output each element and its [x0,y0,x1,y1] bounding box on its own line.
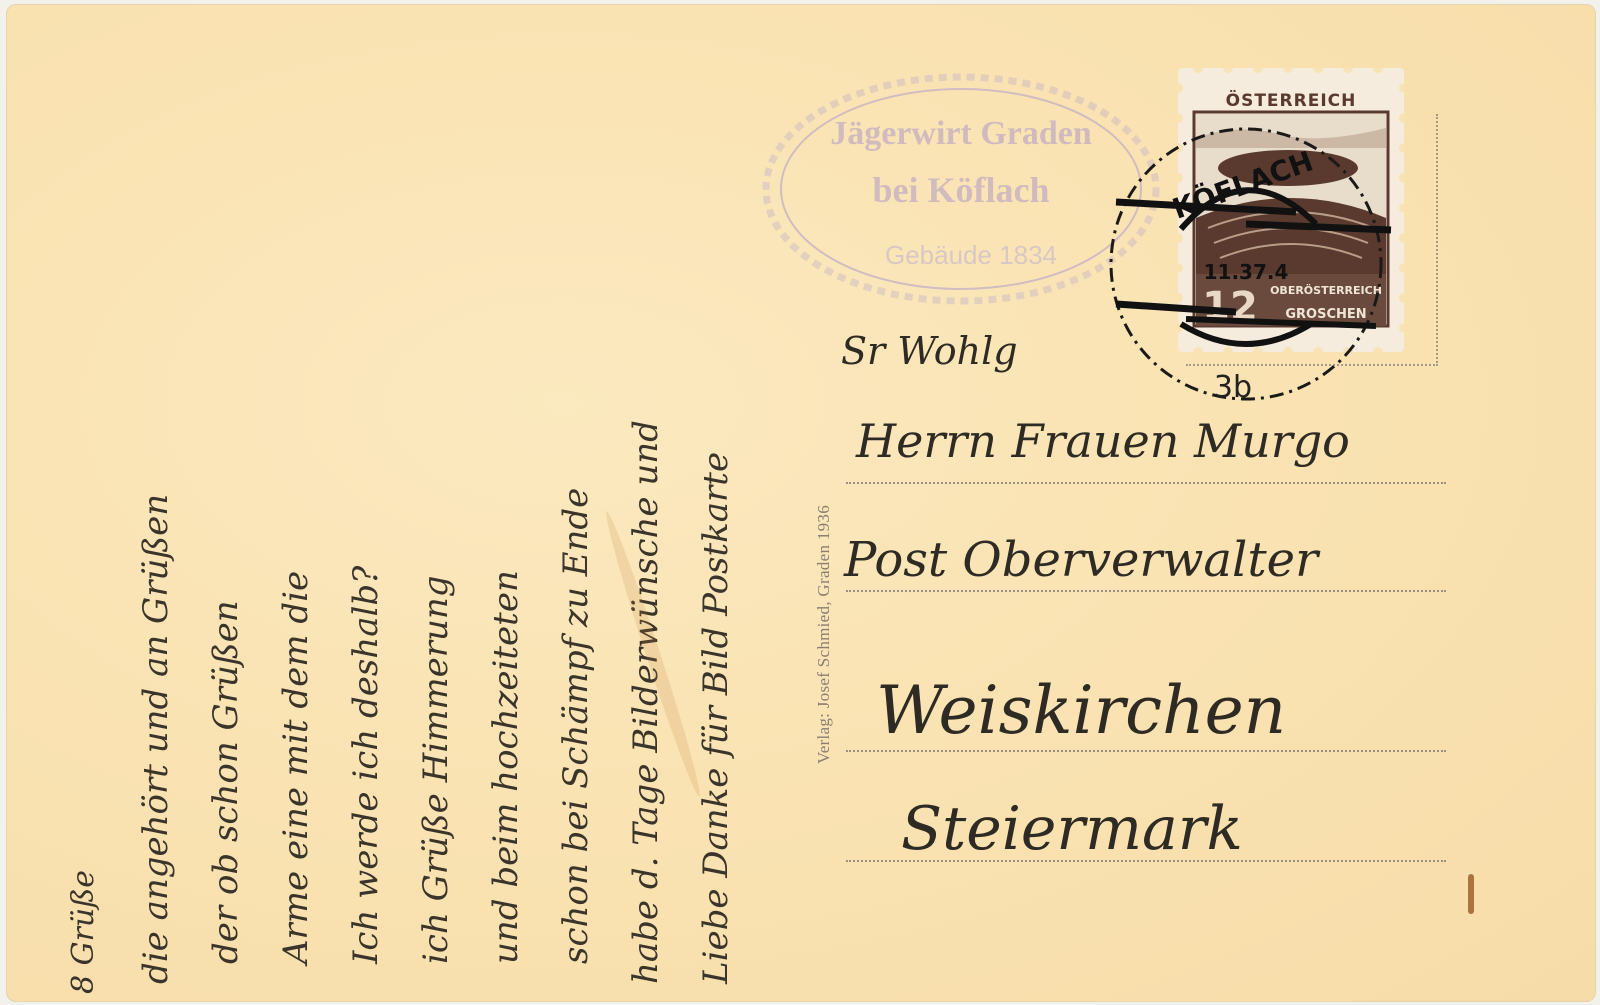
rust-spot [1468,874,1474,914]
message-line: 8 Grüße [66,870,101,994]
svg-text:Jägerwirt Graden: Jägerwirt Graden [830,115,1092,152]
message-line: ich Grüße Himmerung [416,575,456,964]
address-town: Weiskirchen [876,672,1286,749]
svg-text:Gebäude 1834: Gebäude 1834 [885,240,1057,270]
svg-text:bei Köflach: bei Köflach [873,170,1050,210]
message-line: der ob schon Grüßen [206,600,246,964]
address-line-4 [846,860,1446,862]
address-line-3 [846,750,1446,752]
svg-text:3b: 3b [1214,370,1252,405]
message-line: die angehört und an Grüßen [136,494,176,984]
address-title: Post Oberverwalter [844,532,1318,588]
svg-text:11.37.4: 11.37.4 [1204,260,1289,284]
svg-text:ÖSTERREICH: ÖSTERREICH [1226,89,1357,111]
address-name: Herrn Frauen Murgo [856,414,1350,468]
publisher-imprint: Verlag: Josef Schmied, Graden 1936 [814,505,834,764]
address-salutation: Sr Wohlg [841,329,1018,373]
message-line: schon bei Schämpf zu Ende [556,488,596,964]
message-line: Liebe Danke für Bild Postkarte [696,452,736,984]
message-line: habe d. Tage Bilderwünsche und [626,420,666,984]
address-line-1 [846,482,1446,484]
postcard: Jägerwirt Graden bei Köflach Gebäude 183… [6,4,1596,1002]
address-region: Steiermark [901,794,1243,864]
message-line: Arme eine mit dem die [276,571,316,964]
postmark-cancel: KÖFLACH 11.37.4 3b [1096,114,1396,414]
message-line: Ich werde ich deshalb? [346,566,386,964]
message-line: und beim hochzeiteten [486,570,526,964]
address-line-2 [846,590,1446,592]
